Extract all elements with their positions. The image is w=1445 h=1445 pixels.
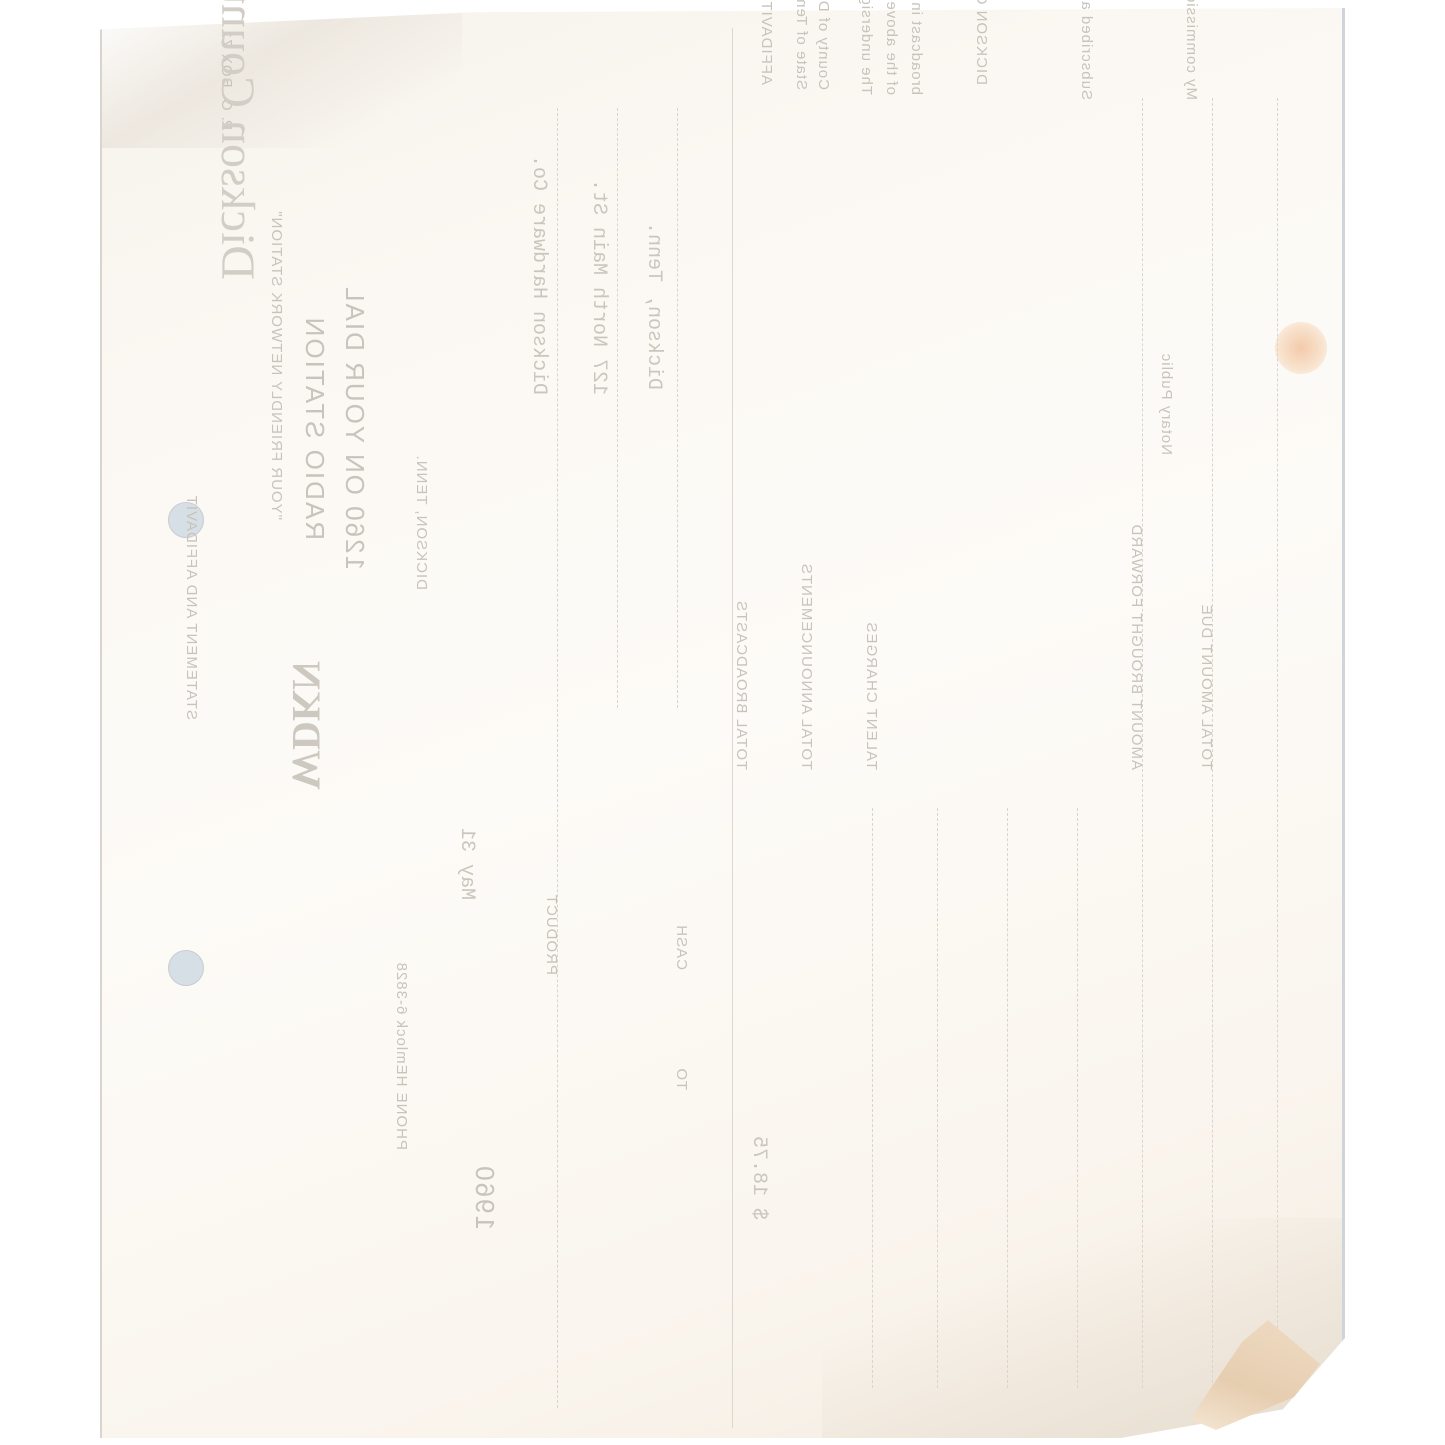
product-text: PRODUCT — [543, 894, 560, 975]
dial-text: 1260 ON YOUR DIAL — [340, 285, 370, 570]
addressee-line-2: 127 North Main St. — [587, 179, 610, 395]
total-line-value: $ 18.75 — [747, 1136, 770, 1220]
commission-text: My commission expires — [1183, 0, 1200, 100]
product-label: PRODUCT — [542, 894, 560, 975]
statement-title: STATEMENT AND AFFIDAVIT — [183, 495, 200, 720]
addressee-line-1: Dickson Hardware Co. — [527, 155, 550, 395]
affidavit-line: broadcast in accordance with the schedul… — [908, 0, 925, 95]
notary-line: Notary Public — [1157, 353, 1175, 455]
rule-line — [557, 108, 558, 1408]
rule-line — [1007, 808, 1008, 1388]
subscribed-line: Subscribed and sworn to before me this — [1077, 0, 1095, 100]
paper-crease — [102, 8, 462, 148]
year-text: 1960 — [470, 1164, 500, 1230]
binder-hole — [168, 950, 204, 986]
affidavit-text-2: of the above station and that the above … — [882, 0, 900, 95]
radio-station-label: RADIO STATION — [300, 316, 330, 540]
county-text: County of Dickson — [815, 0, 832, 90]
amount-forward: AMOUNT BROUGHT FORWARD — [1127, 524, 1145, 770]
total-amount-due: TOTAL AMOUNT DUE — [1197, 604, 1215, 770]
rule-line — [617, 108, 618, 708]
addressee-street: 127 North Main St. — [587, 179, 610, 395]
year-field: 1960 — [469, 1164, 500, 1230]
total-broadcasts-label: TOTAL BROADCASTS — [733, 600, 750, 770]
affidavit-heading: AFFIDAVIT OF SERVICE RENDERED — [758, 0, 775, 85]
affidavit-title: AFFIDAVIT OF SERVICE RENDERED — [757, 0, 775, 85]
terms-field: CASH — [672, 924, 690, 970]
addressee-city: Dickson, Tenn. — [642, 222, 665, 390]
rule-line — [872, 808, 873, 1388]
commission-line: My commission expires — [1182, 0, 1200, 100]
amount-forward-label: AMOUNT BROUGHT FORWARD — [1128, 524, 1145, 770]
county-line: County of Dickson — [814, 0, 832, 90]
city-text: DICKSON, TENN. — [413, 455, 430, 590]
rule-line — [937, 808, 938, 1388]
slogan: "YOUR FRIENDLY NETWORK STATION" — [267, 210, 285, 520]
city-line: DICKSON, TENN. — [412, 455, 430, 590]
rule-line — [1277, 98, 1278, 1388]
slogan-text: "YOUR FRIENDLY NETWORK STATION" — [268, 210, 285, 520]
state-text: State of Tennessee — [793, 0, 810, 90]
company-footer: DICKSON COUNTY BROADCASTING CO. — [972, 0, 990, 85]
phone-text: PHONE HEmlock 6-3828 — [393, 962, 410, 1150]
total-broadcasts: TOTAL BROADCASTS — [732, 600, 750, 770]
company-title: Dickson County Broadcasting Company — [211, 0, 264, 280]
affidavit-line: of the above station and that the above … — [883, 0, 900, 95]
rule-line — [1077, 808, 1078, 1388]
total-announcements-label: TOTAL ANNOUNCEMENTS — [798, 563, 815, 770]
addressee-name: Dickson Hardware Co. — [527, 155, 550, 395]
terms-value: CASH — [673, 924, 690, 970]
company-footer-text: DICKSON COUNTY BROADCASTING CO. — [973, 0, 990, 85]
stain-mark — [1275, 322, 1327, 374]
radio-line: RADIO STATION — [299, 316, 330, 540]
addressee-line-3: Dickson, Tenn. — [642, 222, 665, 390]
to-text: TO — [673, 1067, 690, 1090]
talent-charges: TALENT CHARGES — [862, 622, 880, 770]
to-label: TO — [672, 1067, 690, 1090]
date-text: May 31 — [455, 828, 478, 900]
state-line: State of Tennessee — [792, 0, 810, 90]
notary-text: Notary Public — [1158, 353, 1175, 455]
phone-line: PHONE HEmlock 6-3828 — [392, 962, 410, 1150]
total-due-label: TOTAL AMOUNT DUE — [1198, 604, 1215, 770]
dial-line: 1260 ON YOUR DIAL — [339, 285, 370, 570]
total-announcements: TOTAL ANNOUNCEMENTS — [797, 563, 815, 770]
affidavit-text-3: broadcast in accordance with the schedul… — [907, 0, 925, 95]
call-letters-text: WDKN — [284, 661, 329, 790]
company-name: Dickson County Broadcasting Company — [210, 0, 265, 280]
form-title: STATEMENT AND AFFIDAVIT — [182, 495, 200, 720]
rule-line — [677, 108, 678, 708]
date-field: May 31 — [455, 828, 478, 900]
total-value: $ 18.75 — [747, 1136, 770, 1220]
call-letters: WDKN — [283, 661, 330, 790]
affidavit-text-1: The undersigned, being duly sworn, says … — [857, 0, 875, 95]
subscribed-text: Subscribed and sworn to before me this — [1078, 0, 1095, 100]
talent-charges-label: TALENT CHARGES — [863, 622, 880, 770]
affidavit-line: The undersigned, being duly sworn, says … — [858, 0, 875, 95]
